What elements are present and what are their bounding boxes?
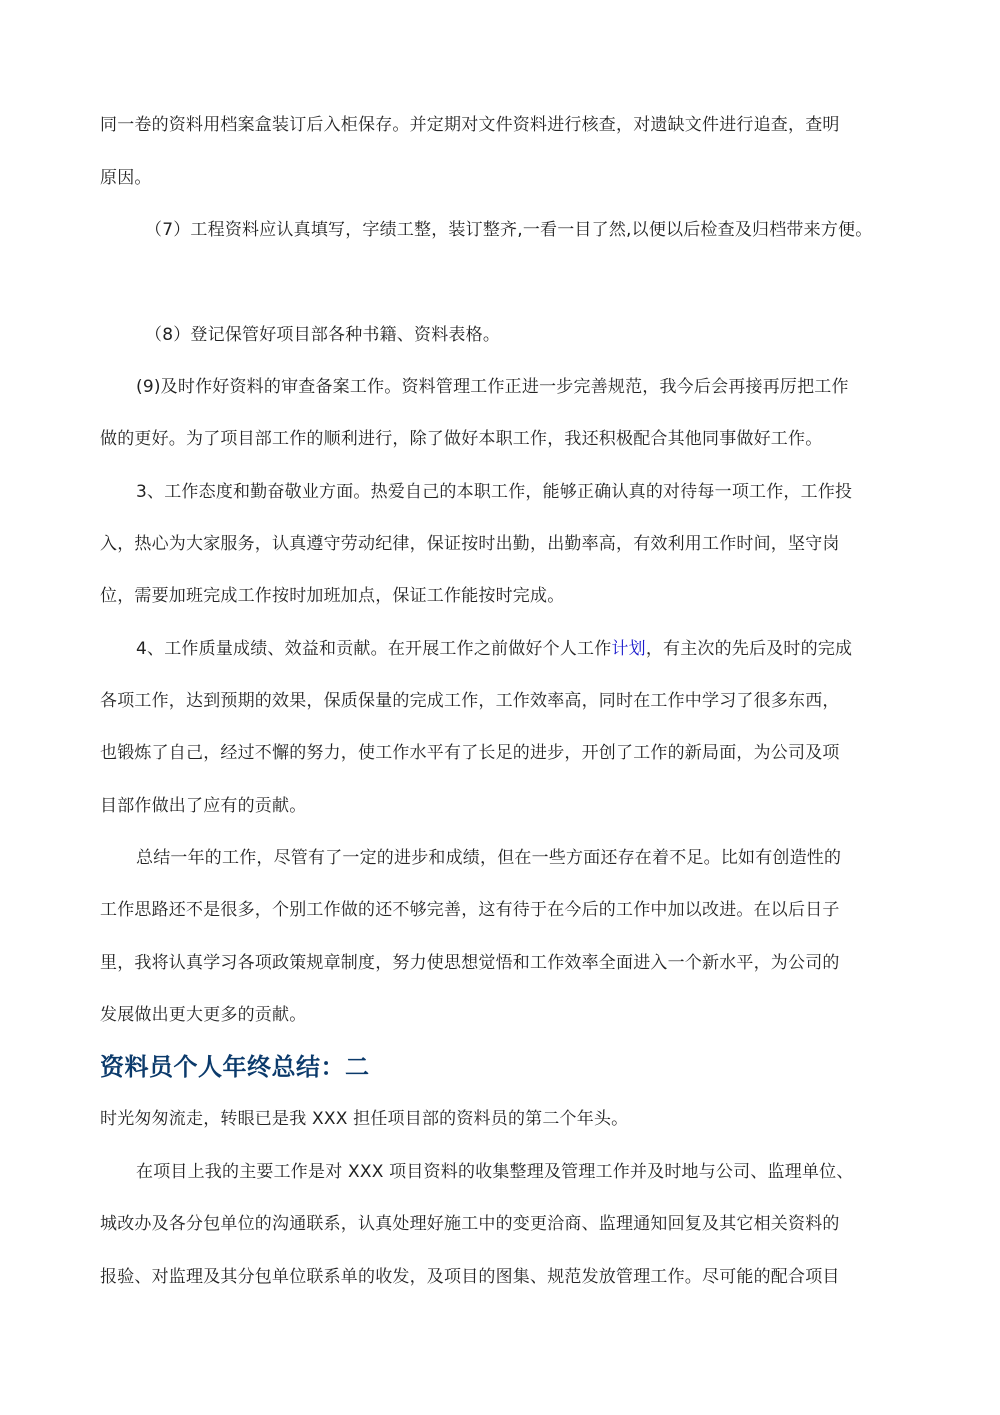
paragraph-attitude-line-3: 位，需要加班完成工作按时加班加点，保证工作能按时完成。 xyxy=(100,584,564,608)
paragraph-intro: 时光匆匆流走，转眼已是我 XXX 担任项目部的资料员的第二个年头。 xyxy=(100,1107,628,1131)
section-heading: 资料员个人年终总结：二 xyxy=(100,1050,370,1084)
paragraph-item-8: （8）登记保管好项目部各种书籍、资料表格。 xyxy=(145,323,500,347)
paragraph-item-7: （7）工程资料应认真填写，字绩工整，装订整齐,一看一目了然,以便以后检查及归档带… xyxy=(145,218,872,242)
paragraph-archive-line-1: 同一卷的资料用档案盒装订后入柜保存。并定期对文件资料进行核查，对遗缺文件进行追查… xyxy=(100,113,840,137)
paragraph-summary-line-3: 里，我将认真学习各项政策规章制度，努力使思想觉悟和工作效率全面进入一个新水平，为… xyxy=(100,951,840,975)
paragraph-summary-line-2: 工作思路还不是很多，个别工作做的还不够完善，这有待于在今后的工作中加以改进。在以… xyxy=(100,898,840,922)
plan-link[interactable]: 计划 xyxy=(611,639,645,659)
paragraph-item-9-line-2: 做的更好。为了项目部工作的顺利进行，除了做好本职工作，我还积极配合其他同事做好工… xyxy=(100,427,822,451)
quality-text-after-link: ，有主次的先后及时的完成 xyxy=(646,639,852,659)
paragraph-duties-line-1: 在项目上我的主要工作是对 XXX 项目资料的收集整理及管理工作并及时地与公司、监… xyxy=(136,1160,854,1184)
paragraph-summary-line-4: 发展做出更大更多的贡献。 xyxy=(100,1003,306,1027)
paragraph-summary-line-1: 总结一年的工作，尽管有了一定的进步和成绩，但在一些方面还存在着不足。比如有创造性… xyxy=(136,846,841,870)
document-page: 同一卷的资料用档案盒装订后入柜保存。并定期对文件资料进行核查，对遗缺文件进行追查… xyxy=(0,0,1000,1415)
paragraph-archive-line-2: 原因。 xyxy=(100,166,152,190)
paragraph-attitude-line-2: 入，热心为大家服务，认真遵守劳动纪律，保证按时出勤，出勤率高，有效利用工作时间，… xyxy=(100,532,840,556)
paragraph-item-9-line-1: (9)及时作好资料的审查备案工作。资料管理工作正进一步完善规范，我今后会再接再厉… xyxy=(136,375,849,399)
quality-text-before-link: 4、工作质量成绩、效益和贡献。在开展工作之前做好个人工作 xyxy=(136,639,611,659)
paragraph-quality-line-4: 目部作做出了应有的贡献。 xyxy=(100,794,306,818)
paragraph-duties-line-3: 报验、对监理及其分包单位联系单的收发，及项目的图集、规范发放管理工作。尽可能的配… xyxy=(100,1265,840,1289)
paragraph-attitude-line-1: 3、工作态度和勤奋敬业方面。热爱自己的本职工作，能够正确认真的对待每一项工作，工… xyxy=(136,480,852,504)
paragraph-quality-line-3: 也锻炼了自己，经过不懈的努力，使工作水平有了长足的进步，开创了工作的新局面，为公… xyxy=(100,741,840,765)
paragraph-quality-line-1: 4、工作质量成绩、效益和贡献。在开展工作之前做好个人工作计划，有主次的先后及时的… xyxy=(136,637,852,661)
paragraph-quality-line-2: 各项工作，达到预期的效果，保质保量的完成工作，工作效率高，同时在工作中学习了很多… xyxy=(100,689,840,713)
paragraph-duties-line-2: 城改办及各分包单位的沟通联系，认真处理好施工中的变更洽商、监理通知回复及其它相关… xyxy=(100,1212,840,1236)
